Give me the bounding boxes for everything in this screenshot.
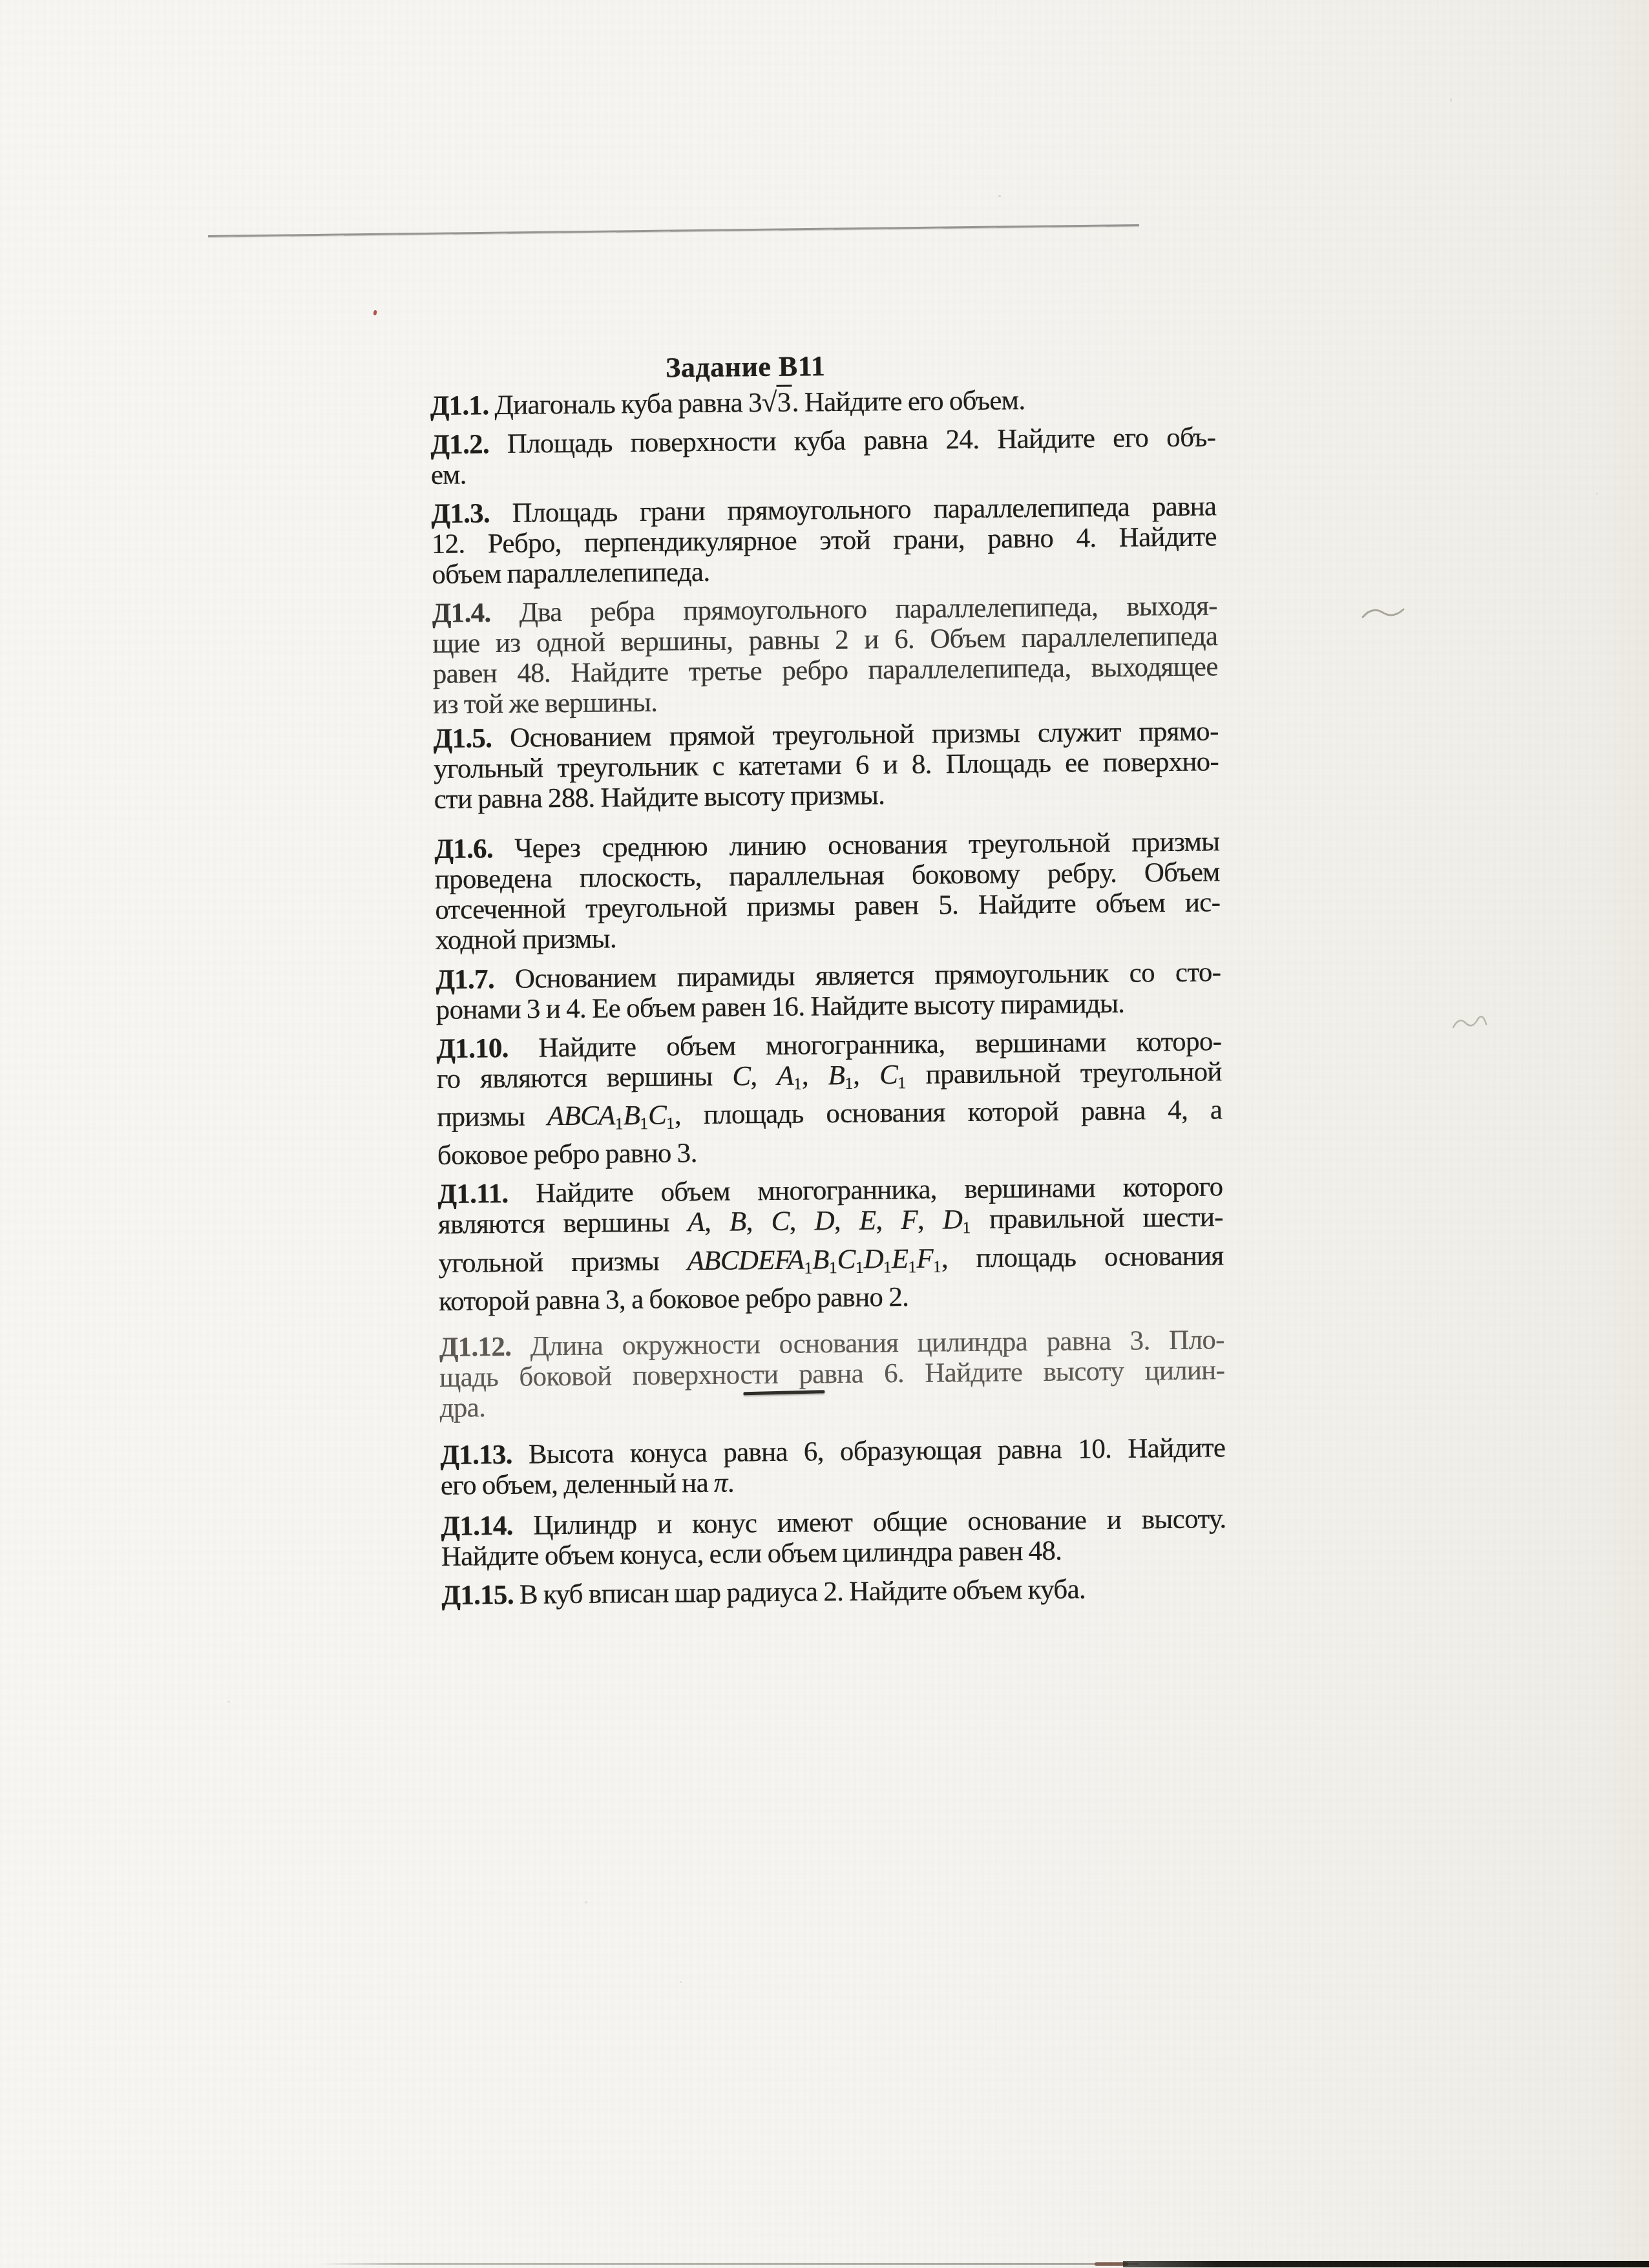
text-run: из той же вершины. (433, 688, 657, 720)
problem-7: Д1.7. Основанием пирамиды является прямо… (436, 957, 1221, 1025)
pencil-check-mark (1361, 604, 1406, 624)
text-run: дра. (439, 1392, 485, 1423)
text-column: Задание В11 Д1.1. Диагональ куба равна 3… (430, 347, 1227, 1610)
problem-9: Д1.11. Найдите объем многогранника, верш… (437, 1172, 1224, 1317)
problem-number: Д1.5. (433, 723, 492, 754)
math-variable: B (812, 1244, 829, 1275)
text-run: , (876, 1205, 901, 1235)
text-run: являются вершины (438, 1208, 688, 1241)
subscript-index: 1 (666, 1114, 675, 1133)
problem-number: Д1.6. (434, 834, 493, 865)
scan-speck (585, 1901, 587, 1904)
math-variable: ABCA (547, 1101, 615, 1132)
subscript-index: 1 (962, 1219, 971, 1237)
scan-speck (998, 195, 1001, 197)
problem-2: Д1.2. Площадь поверхности куба равна 24.… (430, 422, 1216, 490)
text-run: го являются вершины (437, 1062, 733, 1095)
math-variable: C (771, 1206, 789, 1237)
math-variable: E (859, 1206, 876, 1236)
text-run: его объем, деленный на (441, 1468, 715, 1501)
text-run: , (789, 1206, 814, 1237)
math-variable: C (648, 1100, 666, 1131)
problem-11: Д1.13. Высота конуса равна 6, образующая… (440, 1433, 1226, 1501)
subscript-index: 1 (908, 1257, 916, 1276)
problems-list: Д1.1. Диагональ куба равна 3√3. Найдите … (430, 383, 1227, 1610)
scanned-page: { "page": { "title": "Задание В11", "ink… (0, 0, 1649, 2268)
problem-number: Д1.3. (431, 498, 490, 529)
problem-8: Д1.10. Найдите объем многогранника, верш… (436, 1026, 1223, 1171)
scan-speck (1596, 492, 1598, 495)
text-run: ем. (431, 459, 467, 490)
text-run: , (834, 1206, 859, 1236)
subscript-index: 1 (856, 1257, 864, 1276)
math-variable: F (916, 1243, 933, 1274)
problem-1: Д1.1. Диагональ куба равна 3√3. Найдите … (430, 383, 1215, 421)
text-line: Д1.15. В куб вписан шар радиуса 2. Найди… (441, 1573, 1226, 1611)
text-line: Д1.1. Диагональ куба равна 3√3. Найдите … (430, 383, 1215, 421)
text-run: , (918, 1205, 943, 1235)
text-run: объем параллелепипеда. (432, 557, 709, 590)
problem-number: Д1.13. (440, 1440, 512, 1471)
text-run: ронами 3 и 4. Ее объем равен 16. Найдите… (436, 989, 1125, 1025)
text-line: призмы ABCA1B1C1, площадь основания кото… (437, 1095, 1223, 1141)
math-variable: D (814, 1206, 834, 1236)
text-line: угольной призмы ABCDEFA1B1C1D1E1F1, площ… (438, 1241, 1224, 1286)
problem-number: Д1.2. (430, 429, 489, 460)
scan-bottom-edge-thin (318, 2263, 1139, 2265)
text-run: Найдите объем конуса, если объем цилиндр… (441, 1536, 1062, 1572)
text-run: , (853, 1060, 879, 1090)
subscript-index: 1 (883, 1257, 892, 1276)
subscript-index: 1 (933, 1257, 941, 1276)
problem-3: Д1.3. Площадь грани прямоугольного парал… (431, 491, 1217, 590)
problem-number: Д1.10. (436, 1033, 509, 1064)
math-variable: C (837, 1244, 855, 1274)
text-run: . (728, 1467, 735, 1498)
text-run: В куб вписан шар радиуса 2. Найдите объе… (514, 1574, 1086, 1610)
problem-number: Д1.11. (437, 1179, 508, 1210)
text-run: правильной шести- (971, 1202, 1223, 1235)
problem-number: Д1.1. (430, 390, 489, 421)
problem-6: Д1.6. Через среднюю линию основания треу… (434, 826, 1221, 956)
problem-10: Д1.12. Длина окружности основания цилинд… (439, 1325, 1225, 1423)
math-variable: B (828, 1060, 845, 1091)
subscript-index: 1 (615, 1115, 624, 1133)
math-variable: F (901, 1205, 918, 1235)
problem-4: Д1.4. Два ребра прямоугольного параллеле… (432, 591, 1219, 720)
problem-number: Д1.4. (432, 598, 491, 629)
text-run: , площадь основания которой равна 4, а (675, 1095, 1223, 1131)
math-variable: D (943, 1205, 963, 1235)
scan-speck (227, 1701, 230, 1703)
math-variable: B (730, 1207, 746, 1237)
text-run: , (750, 1061, 777, 1091)
math-variable: π (714, 1468, 728, 1498)
problem-12: Д1.14. Цилиндр и конус имеют общие основ… (441, 1504, 1226, 1572)
problem-number: Д1.15. (441, 1580, 514, 1611)
red-ink-dot (373, 310, 377, 316)
scan-speck (680, 1981, 682, 1983)
square-root: √3 (762, 385, 792, 418)
subscript-index: 1 (845, 1074, 853, 1093)
scan-speck (1450, 98, 1452, 101)
math-variable: ABCDEFA (687, 1244, 804, 1276)
text-run: , (802, 1060, 828, 1091)
text-run: призмы (437, 1102, 547, 1133)
math-variable: C (879, 1060, 898, 1090)
page-title: Задание В11 (666, 347, 1215, 383)
problem-number: Д1.12. (439, 1332, 512, 1363)
text-run: , (746, 1206, 771, 1237)
pencil-squiggle-mark (1451, 1011, 1489, 1035)
subscript-index: 1 (829, 1258, 837, 1277)
text-run: , (704, 1207, 730, 1237)
text-run: правильной треугольной (906, 1056, 1222, 1090)
text-run: боковое ребро равно 3. (437, 1139, 697, 1171)
scanner-rule-line (208, 224, 1139, 237)
subscript-index: 1 (640, 1114, 648, 1133)
subscript-index: 1 (898, 1073, 906, 1092)
text-run: Диагональ куба равна 3 (488, 388, 762, 421)
math-variable: E (892, 1244, 909, 1274)
math-variable: A (777, 1061, 793, 1091)
scan-bottom-edge-dark (1123, 2261, 1649, 2267)
subscript-index: 1 (793, 1075, 802, 1093)
radicand: 3 (777, 385, 792, 418)
text-run: которой равна 3, а боковое ребро равно 2… (439, 1282, 909, 1317)
text-run: ходной призмы. (435, 923, 616, 956)
problem-number: Д1.14. (441, 1511, 513, 1542)
problem-number: Д1.7. (436, 964, 494, 995)
math-variable: D (863, 1244, 883, 1274)
subscript-index: 1 (804, 1258, 812, 1277)
text-run: угольной призмы (438, 1246, 688, 1279)
math-variable: A (688, 1207, 704, 1237)
text-run: сти равна 288. Найдите высоту призмы. (434, 780, 885, 815)
problem-5: Д1.5. Основанием прямой треугольной приз… (433, 716, 1219, 815)
math-variable: B (623, 1100, 640, 1131)
math-variable: C (732, 1061, 750, 1091)
problem-13: Д1.15. В куб вписан шар радиуса 2. Найди… (441, 1573, 1226, 1611)
text-run: . Найдите его объем. (792, 385, 1025, 417)
text-run: , площадь основания (941, 1241, 1224, 1274)
